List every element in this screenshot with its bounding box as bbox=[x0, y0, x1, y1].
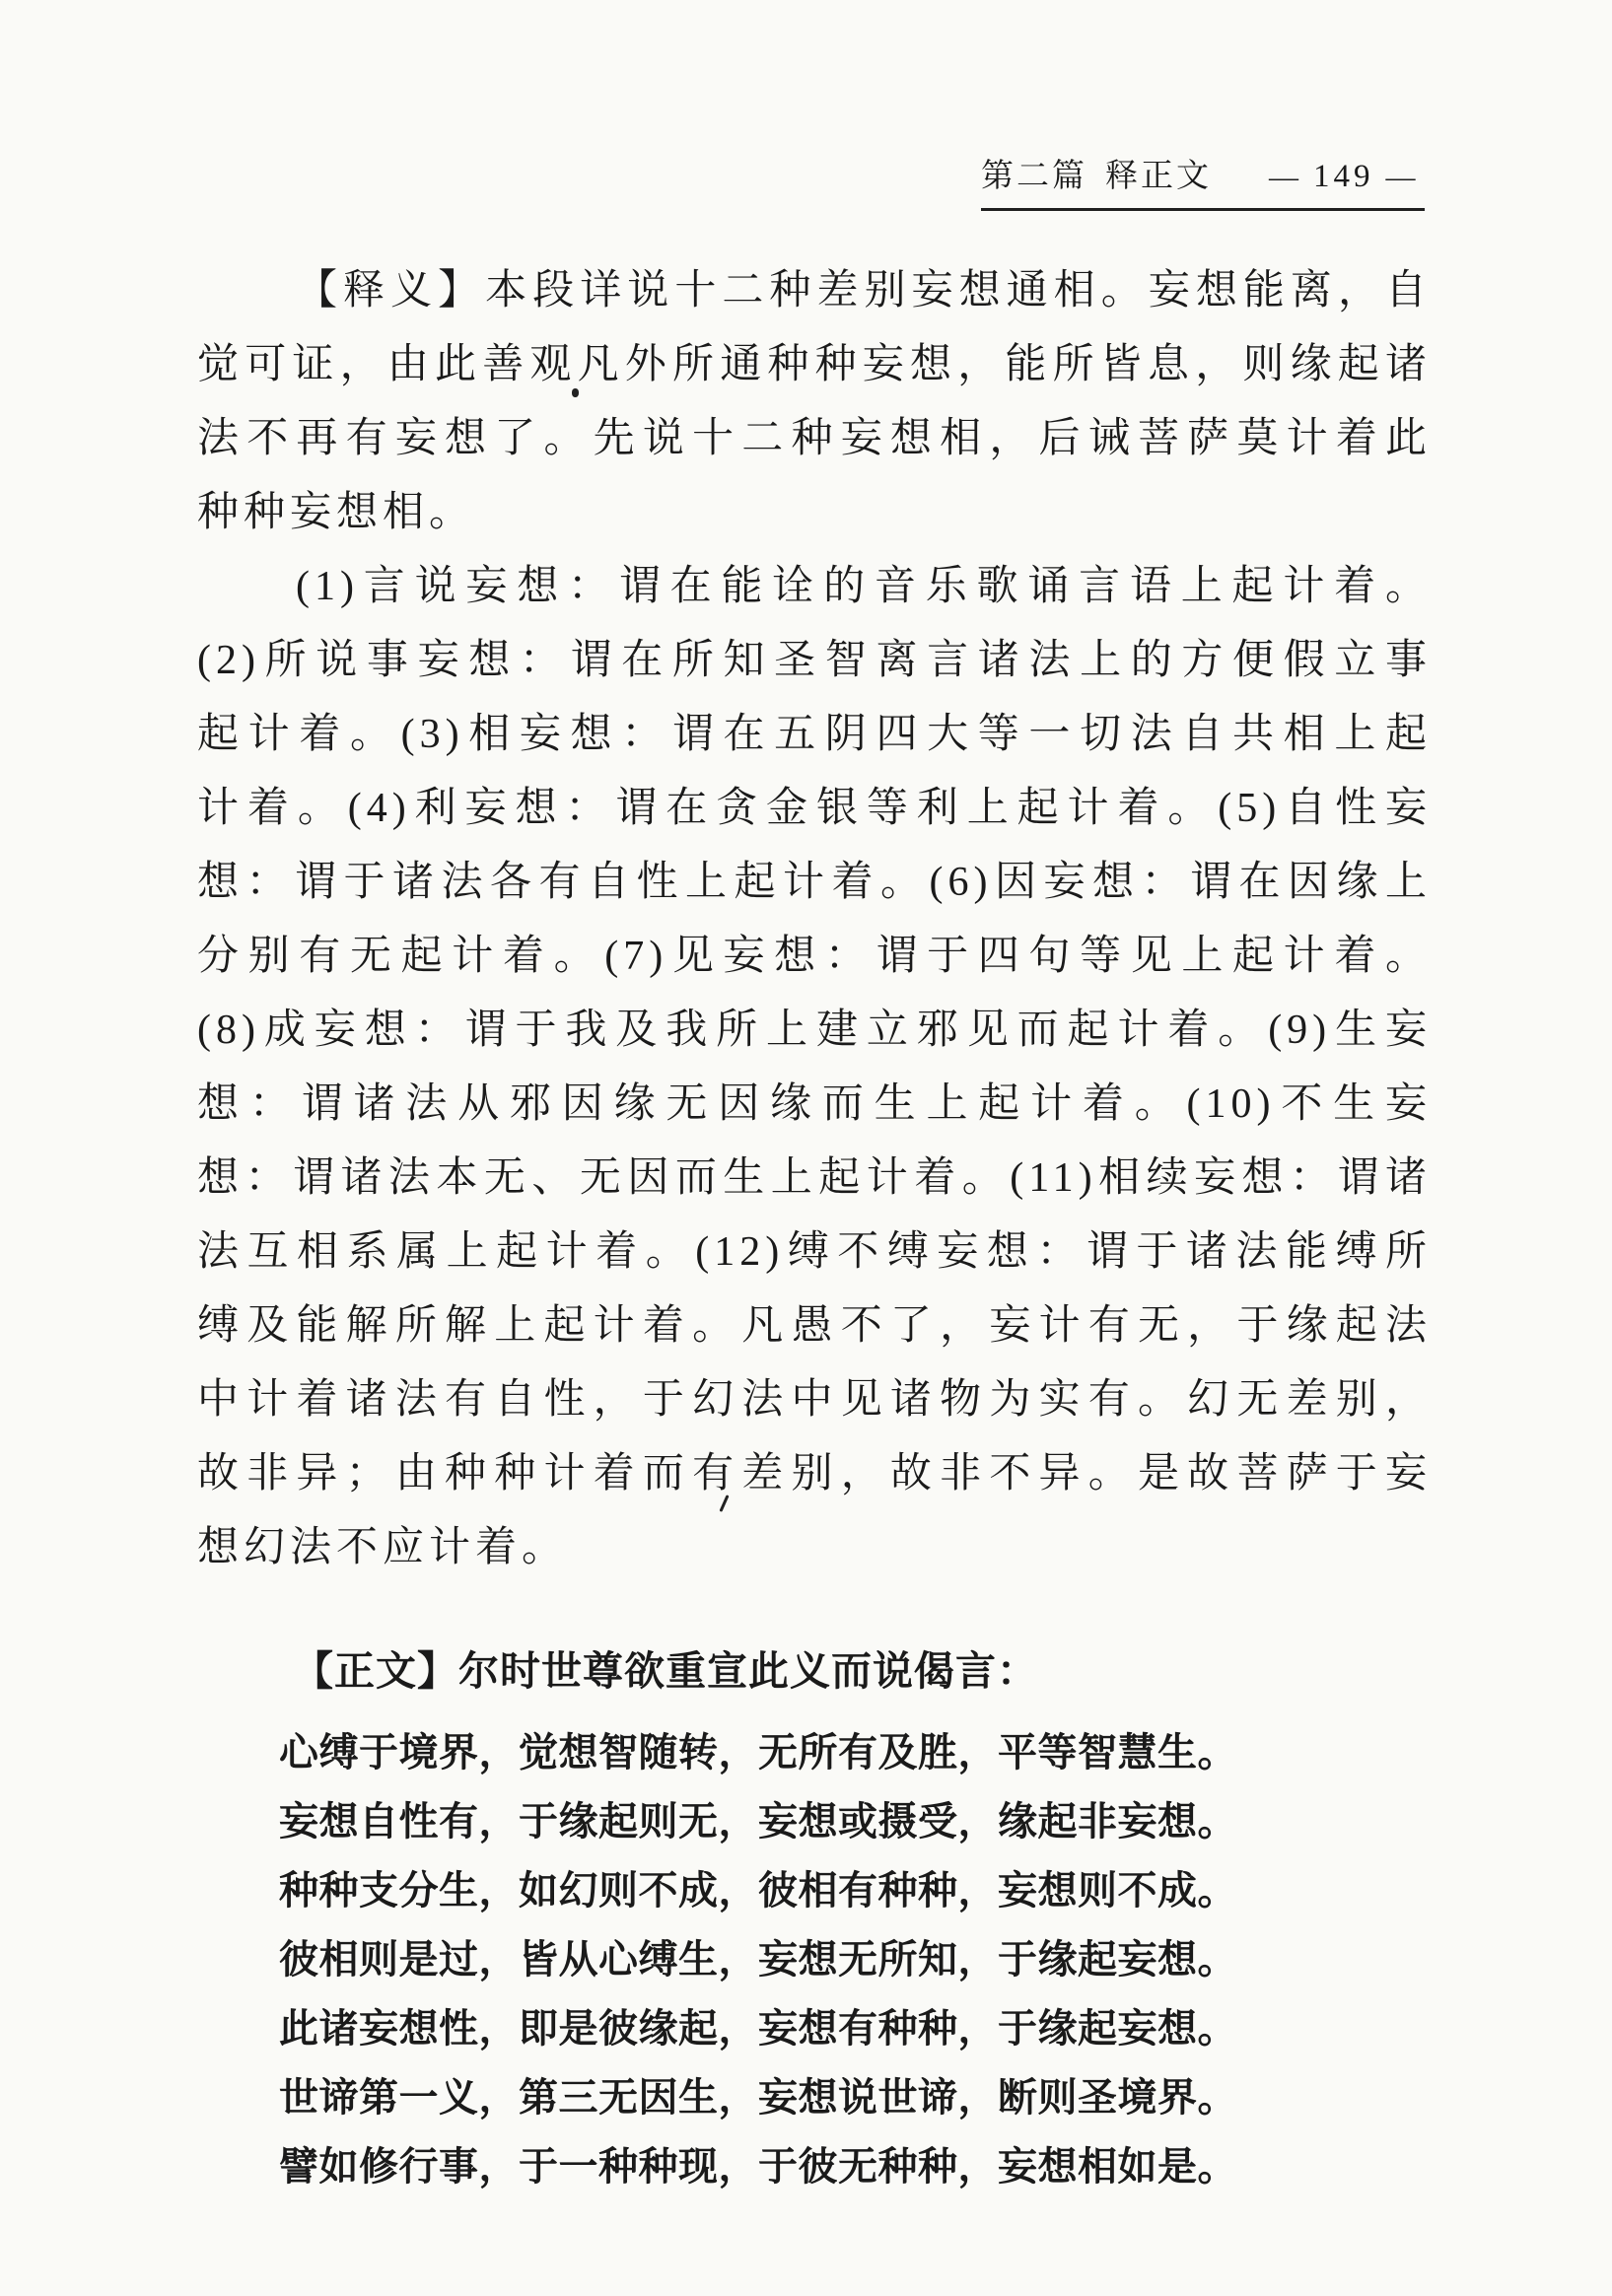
commentary-section: 【释义】本段详说十二种差别妄想通相。妄想能离，自觉可证，由此善观凡外所通种种妄想… bbox=[197, 254, 1432, 1585]
commentary-line: 觉可证，由此善观凡外所通种种妄想，能所皆息，则缘起诸 bbox=[197, 328, 1432, 402]
verse-line: 此诸妄想性，即是彼缘起，妄想有种种，于缘起妄想。 bbox=[279, 1994, 1237, 2063]
page-number-dash-left: — bbox=[1269, 161, 1301, 194]
commentary-line: 缚及能解所解上起计着。凡愚不了，妄计有无，于缘起法 bbox=[197, 1289, 1432, 1363]
commentary-line: 【释义】本段详说十二种差别妄想通相。妄想能离，自 bbox=[197, 254, 1432, 328]
commentary-line: 想：谓诸法从邪因缘无因缘而生上起计着。(10)不生妄 bbox=[197, 1068, 1432, 1142]
section-label: 第二篇 bbox=[981, 150, 1087, 196]
scripture-verse: 心缚于境界，觉想智随转，无所有及胜，平等智慧生。妄想自性有，于缘起则无，妄想或摄… bbox=[279, 1718, 1237, 2201]
commentary-line: 想：谓于诸法各有自性上起计着。(6)因妄想：谓在因缘上 bbox=[197, 846, 1432, 920]
commentary-line: (2)所说事妄想：谓在所知圣智离言诸法上的方便假立事 bbox=[197, 624, 1432, 698]
commentary-line: 计着。(4)利妄想：谓在贪金银等利上起计着。(5)自性妄 bbox=[197, 772, 1432, 846]
commentary-line: 故非异；由种种计着而有差别，故非不异。是故菩萨于妄 bbox=[197, 1437, 1432, 1511]
page-number: 149 bbox=[1313, 159, 1374, 195]
commentary-line: (8)成妄想：谓于我及我所上建立邪见而起计着。(9)生妄 bbox=[197, 994, 1432, 1068]
book-page: 第二篇 释正文 — 149 — 【释义】本段详说十二种差别妄想通相。妄想能离，自… bbox=[0, 0, 1612, 2296]
verse-line: 世谛第一义，第三无因生，妄想说世谛，断则圣境界。 bbox=[279, 2063, 1237, 2132]
verse-line: 种种支分生，如幻则不成，彼相有种种，妄想则不成。 bbox=[279, 1856, 1237, 1925]
commentary-line: 中计着诸法有自性，于幻法中见诸物为实有。幻无差别， bbox=[197, 1363, 1432, 1437]
commentary-paragraph-2: (1)言说妄想：谓在能诠的音乐歌诵言语上起计着。(2)所说事妄想：谓在所知圣智离… bbox=[197, 550, 1432, 1585]
verse-line: 彼相则是过，皆从心缚生，妄想无所知，于缘起妄想。 bbox=[279, 1925, 1237, 1994]
commentary-line: (1)言说妄想：谓在能诠的音乐歌诵言语上起计着。 bbox=[197, 550, 1432, 624]
verse-line: 心缚于境界，觉想智随转，无所有及胜，平等智慧生。 bbox=[279, 1718, 1237, 1787]
commentary-line: 想：谓诸法本无、无因而生上起计着。(11)相续妄想：谓诸 bbox=[197, 1142, 1432, 1216]
commentary-line: 起计着。(3)相妄想：谓在五阴四大等一切法自共相上起 bbox=[197, 698, 1432, 772]
commentary-line: 种种妄想相。 bbox=[197, 476, 1432, 550]
commentary-paragraph-1: 【释义】本段详说十二种差别妄想通相。妄想能离，自觉可证，由此善观凡外所通种种妄想… bbox=[197, 254, 1432, 550]
print-artifact-dot bbox=[572, 388, 579, 397]
running-header: 第二篇 释正文 — 149 — bbox=[981, 150, 1425, 211]
commentary-line: 法不再有妄想了。先说十二种妄想相，后诫菩萨莫计着此 bbox=[197, 402, 1432, 476]
commentary-line: 想幻法不应计着。 bbox=[197, 1511, 1432, 1585]
scripture-heading: 【正文】尔时世尊欲重宣此义而说偈言： bbox=[293, 1638, 1038, 1697]
verse-line: 妄想自性有，于缘起则无，妄想或摄受，缘起非妄想。 bbox=[279, 1787, 1237, 1856]
page-number-dash-right: — bbox=[1386, 161, 1419, 194]
commentary-line: 法互相系属上起计着。(12)缚不缚妄想：谓于诸法能缚所 bbox=[197, 1216, 1432, 1289]
chapter-label: 释正文 bbox=[1105, 150, 1212, 196]
verse-line: 譬如修行事，于一种种现，于彼无种种，妄想相如是。 bbox=[279, 2132, 1237, 2201]
commentary-line: 分别有无起计着。(7)见妄想：谓于四句等见上起计着。 bbox=[197, 920, 1432, 994]
